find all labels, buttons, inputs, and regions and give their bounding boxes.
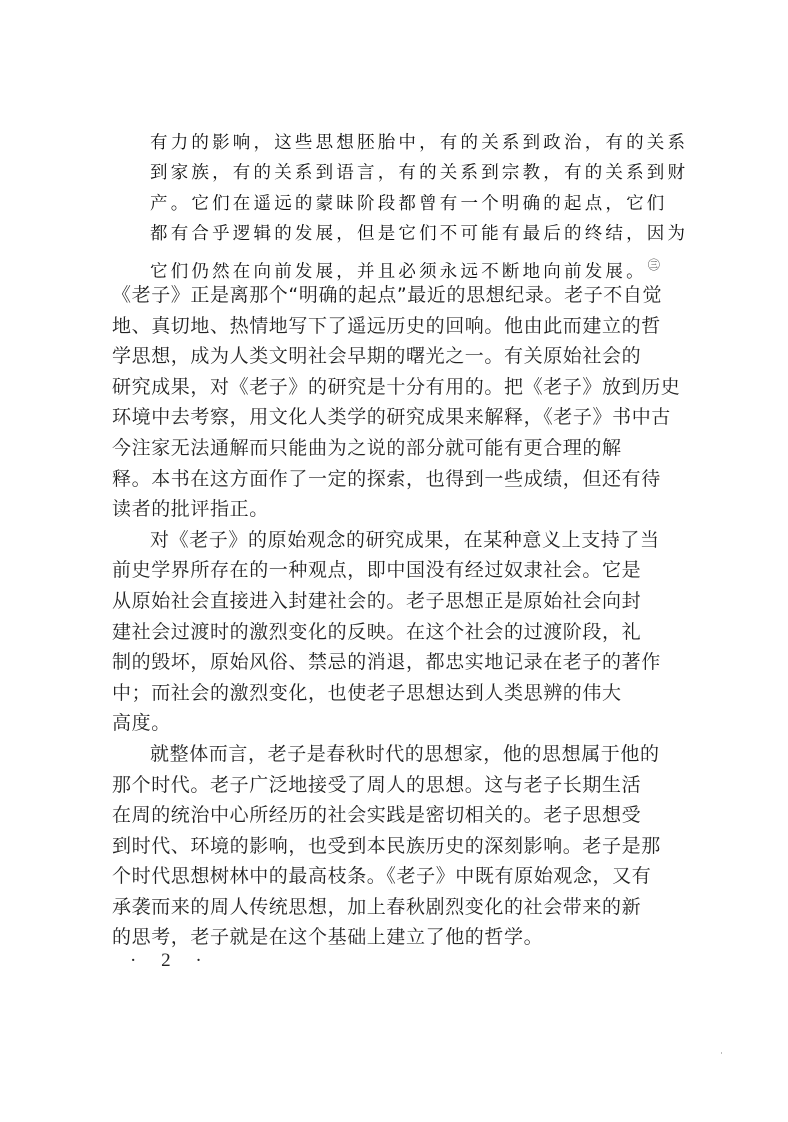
paragraph-3-line: 就整体而言，老子是春秋时代的思想家，他的思想属于他的 — [112, 739, 672, 770]
paragraph-1-line: 释。本书在这方面作了一定的探索，也得到一些成绩，但还有待 — [112, 464, 672, 495]
paragraph-1-line: 环境中去考察，用文化人类学的研究成果来解释，《老子》书中古 — [112, 402, 672, 433]
quote-line-last: 它们仍然在向前发展，并且必须永远不断地向前发展。㊂ — [150, 250, 665, 280]
quote-line: 都有合乎逻辑的发展，但是它们不可能有最后的终结，因为 — [150, 219, 665, 249]
paragraph-2-line: 中；而社会的激烈变化，也使老子思想达到人类思辨的伟大 — [112, 678, 672, 709]
book-page: 有力的影响，这些思想胚胎中，有的关系到政治，有的关系 到家族，有的关系到语言，有… — [0, 0, 788, 1122]
page-number: · 2 · — [130, 950, 212, 972]
paragraph-1-line: 地、真切地、热情地写下了遥远历史的回响。他由此而建立的哲 — [112, 311, 672, 342]
body-text: 《老子》正是离那个“明确的起点”最近的思想纪录。老子不自觉 地、真切地、热情地写… — [112, 280, 672, 953]
paragraph-1-line: 今注家无法通解而只能曲为之说的部分就可能有更合理的解 — [112, 433, 672, 464]
paragraph-3-line: 到时代、环境的影响，也受到本民族历史的深刻影响。老子是那 — [112, 831, 672, 862]
paragraph-3-line: 在周的统治中心所经历的社会实践是密切相关的。老子思想受 — [112, 800, 672, 831]
paragraph-1-line: 学思想，成为人类文明社会早期的曙光之一。有关原始社会的 — [112, 341, 672, 372]
paragraph-2-line: 高度。 — [112, 708, 672, 739]
paragraph-3-line: 的思考，老子就是在这个基础上建立了他的哲学。 — [112, 922, 672, 953]
paragraph-2-line: 建社会过渡时的激烈变化的反映。在这个社会的过渡阶段，礼 — [112, 617, 672, 648]
scan-speck — [721, 1052, 722, 1054]
quote-line: 产。它们在遥远的蒙昧阶段都曾有一个明确的起点，它们 — [150, 189, 665, 219]
paragraph-3-line: 那个时代。老子广泛地接受了周人的思想。这与老子长期生活 — [112, 770, 672, 801]
paragraph-3-line: 承袭而来的周人传统思想，加上春秋剧烈变化的社会带来的新 — [112, 892, 672, 923]
paragraph-2-line: 从原始社会直接进入封建社会的。老子思想正是原始社会向封 — [112, 586, 672, 617]
quote-line: 到家族，有的关系到语言，有的关系到宗教，有的关系到财 — [150, 158, 665, 188]
paragraph-2-line: 前史学界所存在的一种观点，即中国没有经过奴隶社会。它是 — [112, 555, 672, 586]
paragraph-2-line: 对《老子》的原始观念的研究成果，在某种意义上支持了当 — [112, 525, 672, 556]
paragraph-1-line: 读者的批评指正。 — [112, 494, 672, 525]
quote-line-text: 它们仍然在向前发展，并且必须永远不断地向前发展。 — [150, 262, 647, 282]
footnote-marker: ㊂ — [648, 250, 660, 280]
block-quote: 有力的影响，这些思想胚胎中，有的关系到政治，有的关系 到家族，有的关系到语言，有… — [150, 128, 665, 280]
paragraph-3-line: 个时代思想树林中的最高枝条。《老子》中既有原始观念，又有 — [112, 861, 672, 892]
quote-line: 有力的影响，这些思想胚胎中，有的关系到政治，有的关系 — [150, 128, 665, 158]
paragraph-1-line: 研究成果，对《老子》的研究是十分有用的。把《老子》放到历史 — [112, 372, 672, 403]
paragraph-1-line: 《老子》正是离那个“明确的起点”最近的思想纪录。老子不自觉 — [112, 280, 672, 311]
paragraph-2-line: 制的毁坏，原始风俗、禁忌的消退，都忠实地记录在老子的著作 — [112, 647, 672, 678]
